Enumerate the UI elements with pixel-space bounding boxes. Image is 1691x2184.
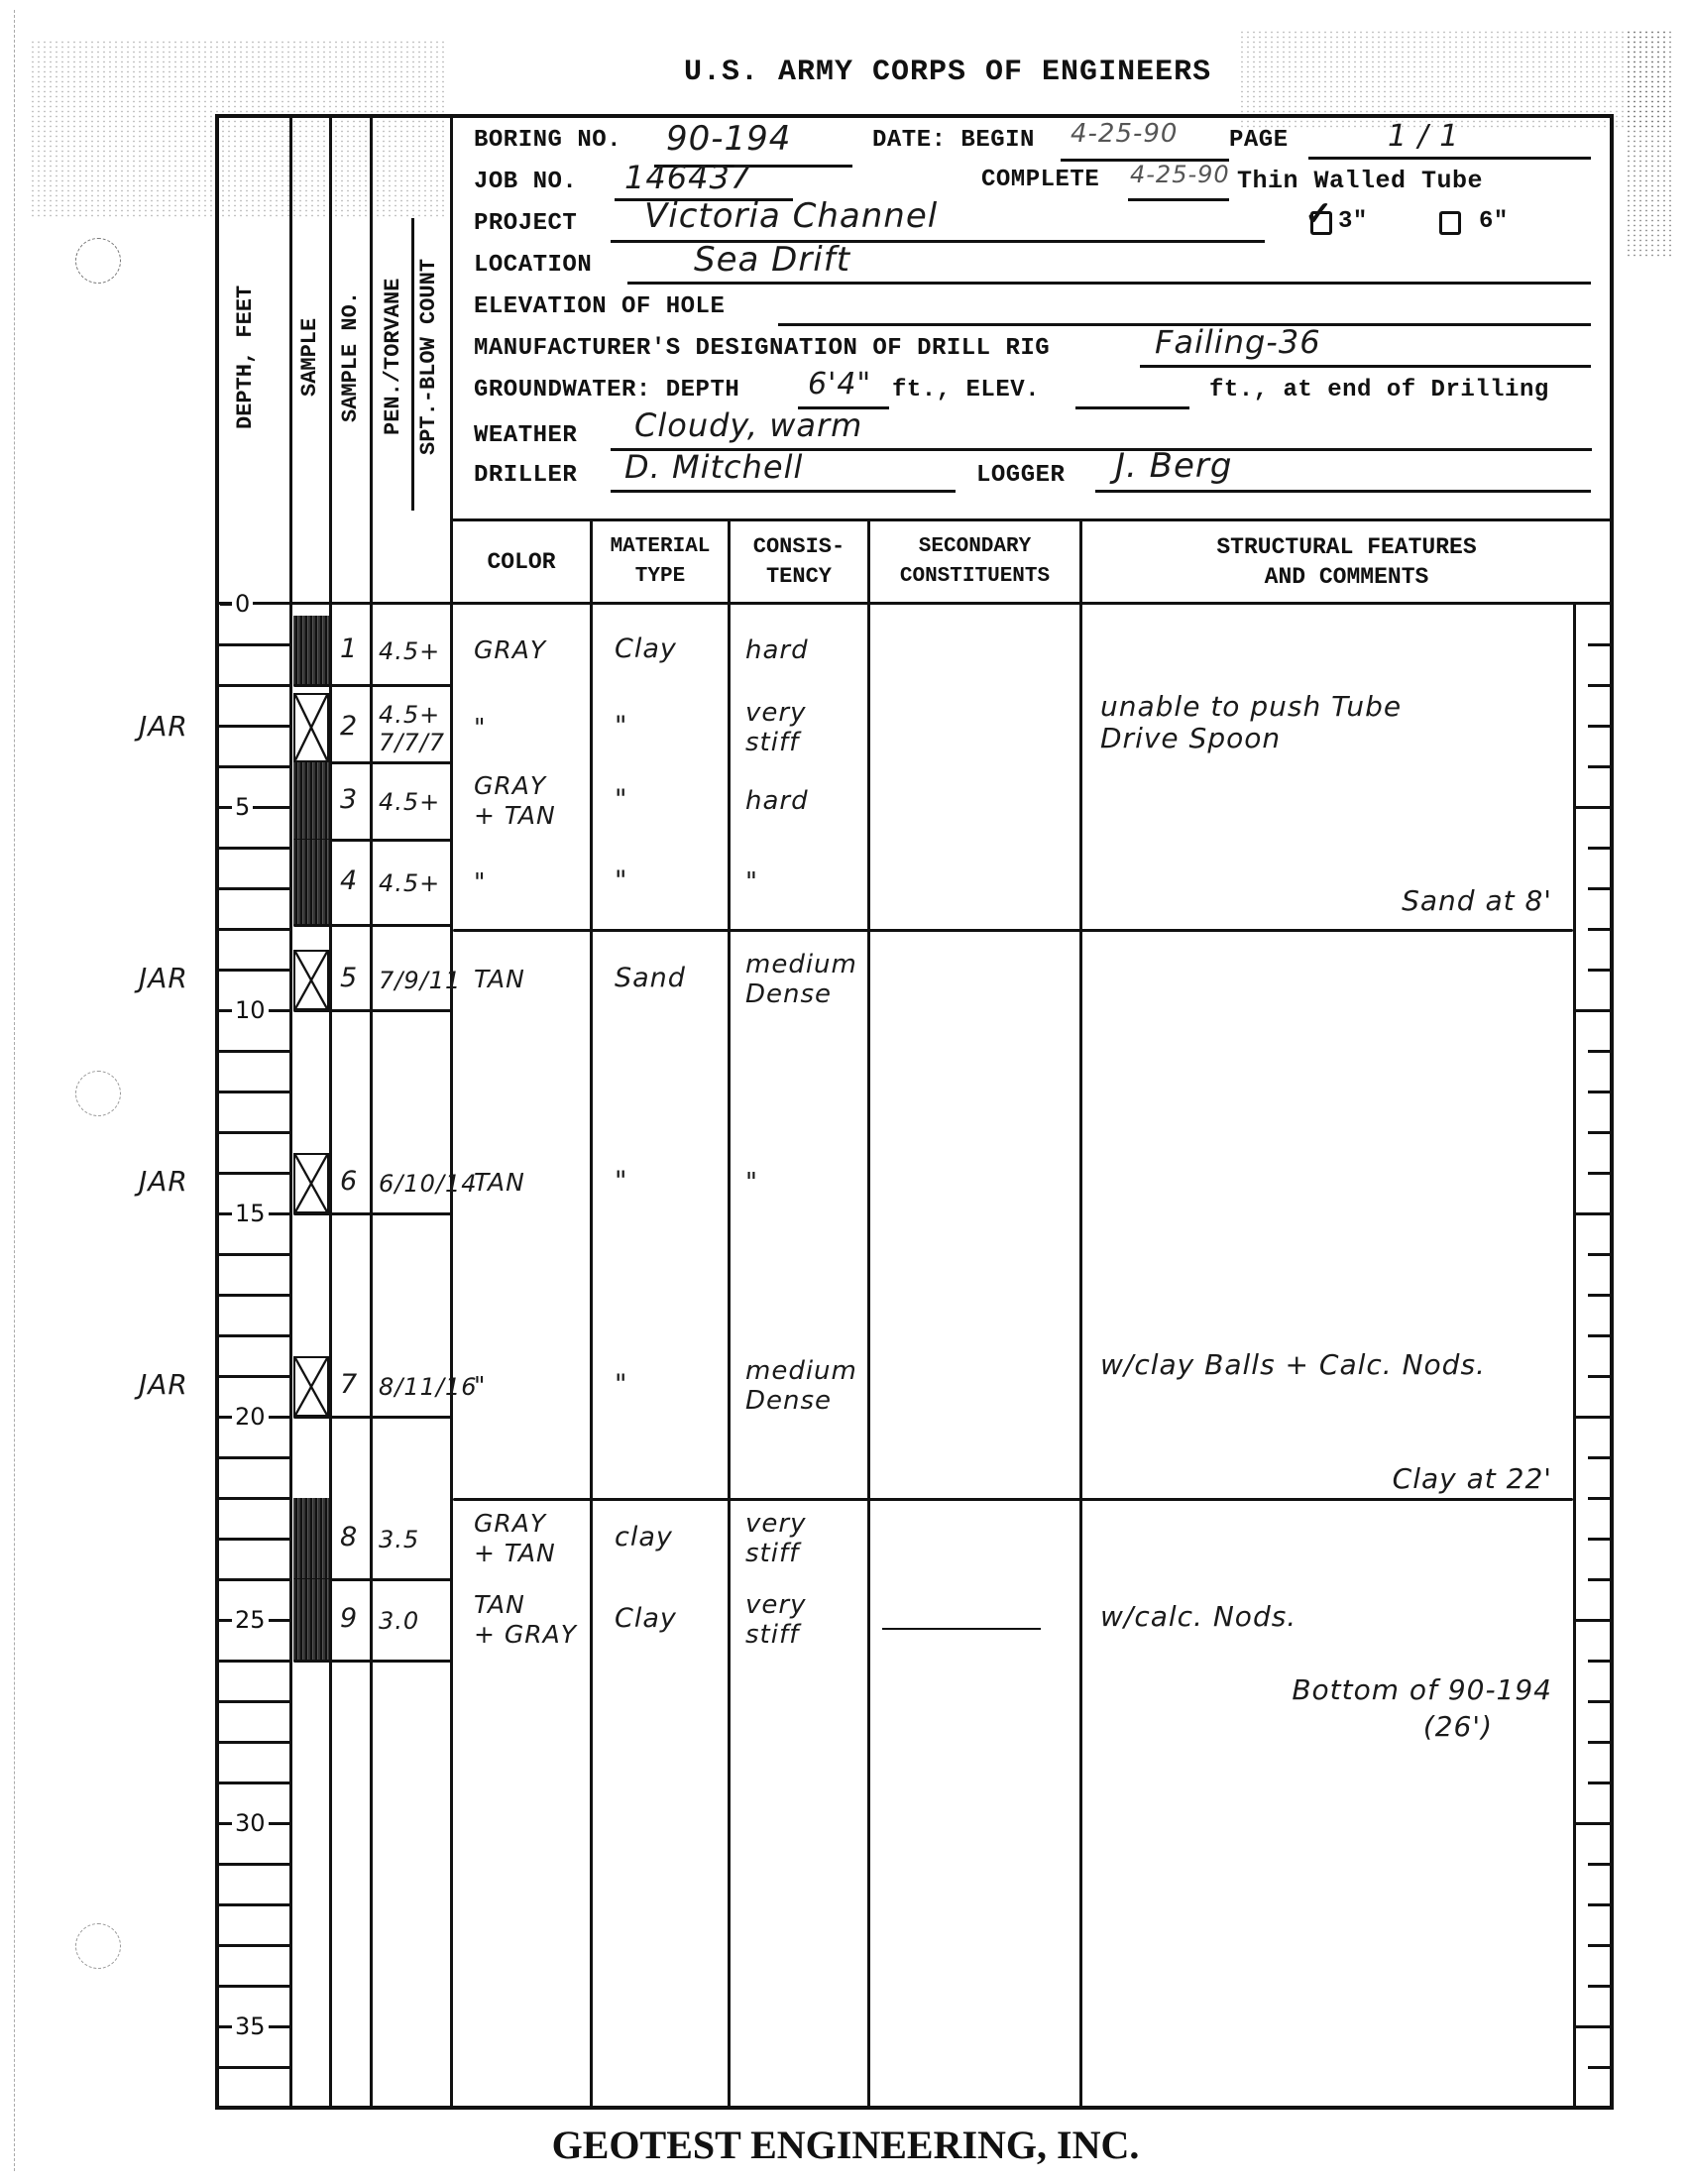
depth-tick [217, 1782, 290, 1784]
ruler-tick [1575, 2025, 1612, 2028]
depth-tick-major [220, 603, 232, 606]
underline [611, 490, 956, 493]
tube-3in-label: 3" [1338, 208, 1368, 235]
weather-label: WEATHER [474, 422, 577, 449]
col-header-depth: DEPTH, FEET [233, 159, 273, 555]
ruler-tick [1575, 1619, 1612, 1622]
depth-tick [217, 1375, 290, 1378]
depth-tick [217, 1538, 290, 1541]
underline [627, 282, 1591, 285]
depth-label: 0 [232, 590, 253, 618]
page-field[interactable]: 1 / 1 [1388, 119, 1459, 154]
sample-spt-marker [293, 950, 329, 1011]
sample-no[interactable]: 4 [340, 866, 358, 896]
depth-tick [217, 1578, 290, 1581]
underline [1140, 365, 1591, 368]
ruler-tick [1588, 1903, 1612, 1906]
ruler-tick [1588, 1334, 1612, 1337]
color-value[interactable]: GRAY [474, 635, 546, 665]
col-header-material: MATERIAL TYPE [593, 521, 728, 602]
depth-tick [217, 1334, 290, 1337]
sample-no[interactable]: 2 [340, 712, 358, 742]
date-complete-field[interactable]: 4-25-90 [1130, 161, 1230, 188]
ruler-tick [1588, 1131, 1612, 1134]
depth-tick [217, 887, 290, 890]
sample-spt-marker [293, 1153, 329, 1214]
tube-6in-checkbox[interactable] [1439, 211, 1461, 235]
depth-tick [217, 1903, 290, 1906]
ruler-tick [1588, 1660, 1612, 1663]
depth-tick [217, 1660, 290, 1663]
checkmark-icon: ✓ [1304, 194, 1333, 234]
sample-boundary [293, 684, 452, 687]
boring-no-label: BORING NO. [474, 127, 621, 154]
comment-text[interactable]: w/clay Balls + Calc. Nods. [1100, 1350, 1486, 1380]
depth-tick [217, 2066, 290, 2069]
complete-label: COMPLETE [981, 167, 1099, 193]
depth-tick [217, 1091, 290, 1093]
jar-note: JAR [139, 1370, 188, 1400]
depth-label: 20 [232, 1403, 269, 1431]
ruler-tick [1588, 1985, 1612, 1988]
depth-tick-major [220, 806, 232, 809]
underline [1075, 406, 1189, 409]
job-no-label: JOB NO. [474, 169, 577, 195]
depth-tick-major [220, 1009, 232, 1012]
depth-label: 15 [232, 1200, 269, 1227]
sample-spt-marker [293, 693, 329, 762]
depth-tick-major [220, 1619, 232, 1622]
sample-no[interactable]: 5 [340, 964, 358, 993]
groundwater-label: GROUNDWATER: DEPTH [474, 377, 739, 403]
depth-tick [217, 1700, 290, 1703]
depth-tick [217, 1985, 290, 1988]
color-value[interactable]: TAN [474, 1590, 525, 1620]
ruler-tick [1588, 684, 1612, 687]
col-header-secondary: SECONDARY CONSTITUENTS [870, 521, 1079, 602]
ruler-tick [1588, 847, 1612, 850]
driller-label: DRILLER [474, 462, 577, 489]
depth-tick [217, 1741, 290, 1744]
consistency-value[interactable]: medium [745, 1356, 857, 1386]
logger-label: LOGGER [976, 462, 1065, 489]
tube-6in-label: 6" [1479, 208, 1509, 235]
depth-label: 5 [232, 793, 253, 821]
location-field[interactable]: Sea Drift [694, 240, 850, 280]
ruler-tick [1588, 1944, 1612, 1947]
divider [450, 114, 453, 2110]
ruler-tick [1588, 1456, 1612, 1459]
sample-no[interactable]: 8 [340, 1523, 358, 1552]
pen-value[interactable]: 3.0 [379, 1606, 419, 1636]
depth-tick [217, 1863, 290, 1866]
job-no-field[interactable]: 146437 [624, 159, 751, 196]
driller-field[interactable]: D. Mitchell [624, 448, 803, 486]
sample-boundary [293, 1416, 452, 1419]
consistency-value[interactable]: stiff [745, 728, 799, 757]
ruler-tick [1575, 1009, 1612, 1012]
pen-value[interactable]: 7/9/11 [379, 966, 461, 995]
consistency-value[interactable]: hard [745, 635, 809, 665]
pen-value[interactable]: 4.5+ [379, 868, 440, 898]
depth-tick [217, 1050, 290, 1053]
material-value[interactable]: " [615, 1167, 627, 1197]
page-label: PAGE [1229, 127, 1289, 154]
col-header-comments: STRUCTURAL FEATURES AND COMMENTS [1082, 521, 1611, 602]
color-value[interactable]: " [474, 867, 487, 897]
color-value[interactable]: TAN [474, 1168, 525, 1198]
depth-tick [217, 765, 290, 768]
depth-tick-major [220, 1212, 232, 1215]
ruler-tick [1588, 1375, 1612, 1378]
divider [370, 114, 373, 2110]
jar-note: JAR [139, 1167, 188, 1197]
underline [1128, 198, 1229, 201]
comment-text[interactable]: Bottom of 90-194 [1292, 1675, 1552, 1705]
comment-text[interactable]: (26') [1423, 1712, 1493, 1742]
sample-tube-marker [293, 840, 329, 925]
jar-note: JAR [139, 712, 188, 742]
pen-value[interactable]: 7/7/7 [379, 728, 445, 757]
divider [728, 518, 731, 2110]
consistency-value[interactable]: " [745, 867, 758, 897]
location-label: LOCATION [474, 252, 592, 279]
sample-tube-marker [293, 1498, 329, 1579]
depth-label: 35 [232, 2012, 269, 2040]
ruler-tick [1588, 765, 1612, 768]
color-value[interactable]: " [474, 713, 487, 743]
consistency-value[interactable]: medium [745, 950, 857, 979]
col-header-sample: SAMPLE [295, 159, 325, 555]
pen-value[interactable]: 6/10/14 [379, 1169, 478, 1199]
groundwater-depth-field[interactable]: 6'4" [808, 367, 871, 402]
underline [1095, 490, 1591, 493]
layer-break-line [453, 1498, 1573, 1501]
color-value[interactable]: GRAY [474, 1509, 546, 1539]
material-value[interactable]: Clay [615, 1604, 677, 1634]
sample-boundary [293, 1212, 452, 1215]
depth-tick-major [220, 2025, 232, 2028]
material-value[interactable]: Sand [615, 964, 686, 993]
comment-text[interactable]: Clay at 22' [1393, 1464, 1552, 1494]
logger-field[interactable]: J. Berg [1115, 446, 1232, 486]
depth-tick [217, 1456, 290, 1459]
ruler-tick [1588, 725, 1612, 728]
ruler-tick [1575, 1212, 1612, 1215]
divider [329, 114, 332, 2110]
comment-text[interactable]: w/calc. Nods. [1100, 1602, 1296, 1632]
depth-label: 30 [232, 1809, 269, 1837]
ruler-tick [1588, 2066, 1612, 2069]
sample-no[interactable]: 6 [340, 1167, 358, 1197]
elevation-label: ELEVATION OF HOLE [474, 293, 725, 320]
ruler-tick [1588, 1497, 1612, 1500]
depth-tick [217, 725, 290, 728]
depth-tick [217, 1131, 290, 1134]
comment-text[interactable]: unable to push Tube [1100, 692, 1402, 722]
color-value[interactable]: + TAN [474, 801, 556, 831]
material-value[interactable]: clay [615, 1523, 673, 1552]
consistency-value[interactable]: stiff [745, 1620, 799, 1650]
project-field[interactable]: Victoria Channel [644, 196, 938, 236]
ruler-tick [1588, 1700, 1612, 1703]
pen-value[interactable]: 8/11/16 [379, 1372, 478, 1402]
material-value[interactable]: Clay [615, 634, 677, 664]
ruler-tick [1588, 643, 1612, 646]
color-value[interactable]: " [474, 1371, 487, 1401]
depth-tick [217, 1172, 290, 1175]
color-value[interactable]: + TAN [474, 1539, 556, 1568]
ruler-divider [1573, 602, 1576, 2110]
ruler-tick [1588, 887, 1612, 890]
depth-tick [217, 1944, 290, 1947]
jar-note: JAR [139, 964, 188, 993]
material-value[interactable]: " [615, 866, 627, 896]
depth-tick [217, 847, 290, 850]
pen-value[interactable]: 4.5+ [379, 787, 440, 817]
scan-noise [1626, 30, 1675, 258]
col-header-pen-bottom: SPT.-BLOW COUNT [414, 159, 444, 555]
color-value[interactable]: TAN [474, 965, 525, 994]
punch-hole [75, 1923, 121, 1969]
rig-field[interactable]: Failing-36 [1155, 323, 1321, 361]
sample-boundary [293, 924, 452, 927]
ruler-tick [1575, 1822, 1612, 1825]
sample-no[interactable]: 3 [340, 785, 358, 815]
sample-tube-marker [293, 616, 329, 685]
depth-tick [217, 643, 290, 646]
depth-tick-major [220, 1822, 232, 1825]
consistency-value[interactable]: Dense [745, 979, 832, 1009]
ruler-tick [1575, 1416, 1612, 1419]
rig-label: MANUFACTURER'S DESIGNATION OF DRILL RIG [474, 335, 1050, 362]
depth-tick [217, 684, 290, 687]
punch-hole [75, 1071, 121, 1116]
ruler-tick [1588, 1091, 1612, 1093]
consistency-value[interactable]: stiff [745, 1539, 799, 1568]
ruler-tick [1575, 806, 1612, 809]
divider [289, 114, 292, 2110]
ruler-tick [1588, 1782, 1612, 1784]
underline [1308, 157, 1591, 160]
sample-no[interactable]: 7 [340, 1370, 358, 1400]
sample-tube-marker [293, 1579, 329, 1661]
pen-value[interactable]: 3.5 [379, 1525, 419, 1554]
sample-boundary [293, 1660, 452, 1663]
sample-no[interactable]: 1 [340, 634, 358, 664]
company-footer: GEOTEST ENGINEERING, INC. [0, 2122, 1691, 2168]
ruler-tick [1588, 1538, 1612, 1541]
date-begin-label: DATE: BEGIN [872, 127, 1035, 154]
ruler-tick [1588, 1172, 1612, 1175]
divider [867, 518, 870, 2110]
ruler-tick [1588, 1863, 1612, 1866]
comment-text[interactable]: Sand at 8' [1402, 886, 1552, 916]
depth-tick [217, 1497, 290, 1500]
pen-value[interactable]: 4.5+ [379, 700, 440, 730]
ruler-tick [1588, 969, 1612, 972]
depth-label: 25 [232, 1606, 269, 1634]
comment-text[interactable]: Drive Spoon [1100, 724, 1281, 753]
groundwater-elev-label: ft., ELEV. [892, 377, 1040, 403]
depth-tick [217, 1253, 290, 1256]
consistency-value[interactable]: " [745, 1168, 758, 1198]
ruler-tick [1588, 1050, 1612, 1053]
depth-tick [217, 969, 290, 972]
secondary-blank-dash [882, 1628, 1041, 1630]
depth-tick [217, 1294, 290, 1297]
material-value[interactable]: " [615, 712, 627, 742]
col-header-pen-top: PEN./TORVANE [379, 159, 408, 555]
color-value[interactable]: + GRAY [474, 1620, 577, 1650]
ruler-tick [1588, 1294, 1612, 1297]
consistency-value[interactable]: hard [745, 786, 809, 816]
weather-field[interactable]: Cloudy, warm [634, 406, 862, 444]
date-begin-field[interactable]: 4-25-90 [1071, 119, 1178, 149]
ruler-tick [1588, 928, 1612, 931]
ruler-tick [1588, 1578, 1612, 1581]
pen-value[interactable]: 4.5+ [379, 636, 440, 666]
page-edge [14, 10, 16, 2171]
groundwater-tail-label: ft., at end of Drilling [1209, 377, 1549, 403]
agency-title: U.S. ARMY CORPS OF ENGINEERS [684, 56, 1211, 89]
sample-boundary [293, 1009, 452, 1012]
consistency-value[interactable]: very [745, 1590, 806, 1620]
divider [1079, 518, 1082, 2110]
project-label: PROJECT [474, 210, 577, 237]
tube-label: Thin Walled Tube [1237, 167, 1483, 195]
consistency-value[interactable]: very [745, 698, 806, 728]
consistency-value[interactable]: Dense [745, 1386, 832, 1416]
color-value[interactable]: GRAY [474, 771, 546, 801]
zero-line [215, 602, 1614, 605]
ruler-tick [1588, 1253, 1612, 1256]
punch-hole [75, 238, 121, 284]
col-header-consistency: CONSIS- TENCY [731, 521, 867, 602]
col-header-sample-no: SAMPLE NO. [336, 159, 366, 555]
col-header-color: COLOR [453, 521, 590, 602]
col-header-pen: PEN./TORVANE SPT.-BLOW COUNT [375, 159, 448, 555]
sample-spt-marker [293, 1356, 329, 1418]
material-value[interactable]: " [615, 1370, 627, 1400]
sample-tube-marker [293, 762, 329, 840]
sample-no[interactable]: 9 [340, 1604, 358, 1634]
depth-tick [217, 928, 290, 931]
depth-tick-major [220, 1416, 232, 1419]
depth-label: 10 [232, 996, 269, 1024]
ruler-tick [1588, 1741, 1612, 1744]
consistency-value[interactable]: very [745, 1509, 806, 1539]
layer-break-line [453, 929, 1573, 932]
material-value[interactable]: " [615, 785, 627, 815]
boring-no-field[interactable]: 90-194 [666, 119, 791, 159]
divider [590, 518, 593, 2110]
